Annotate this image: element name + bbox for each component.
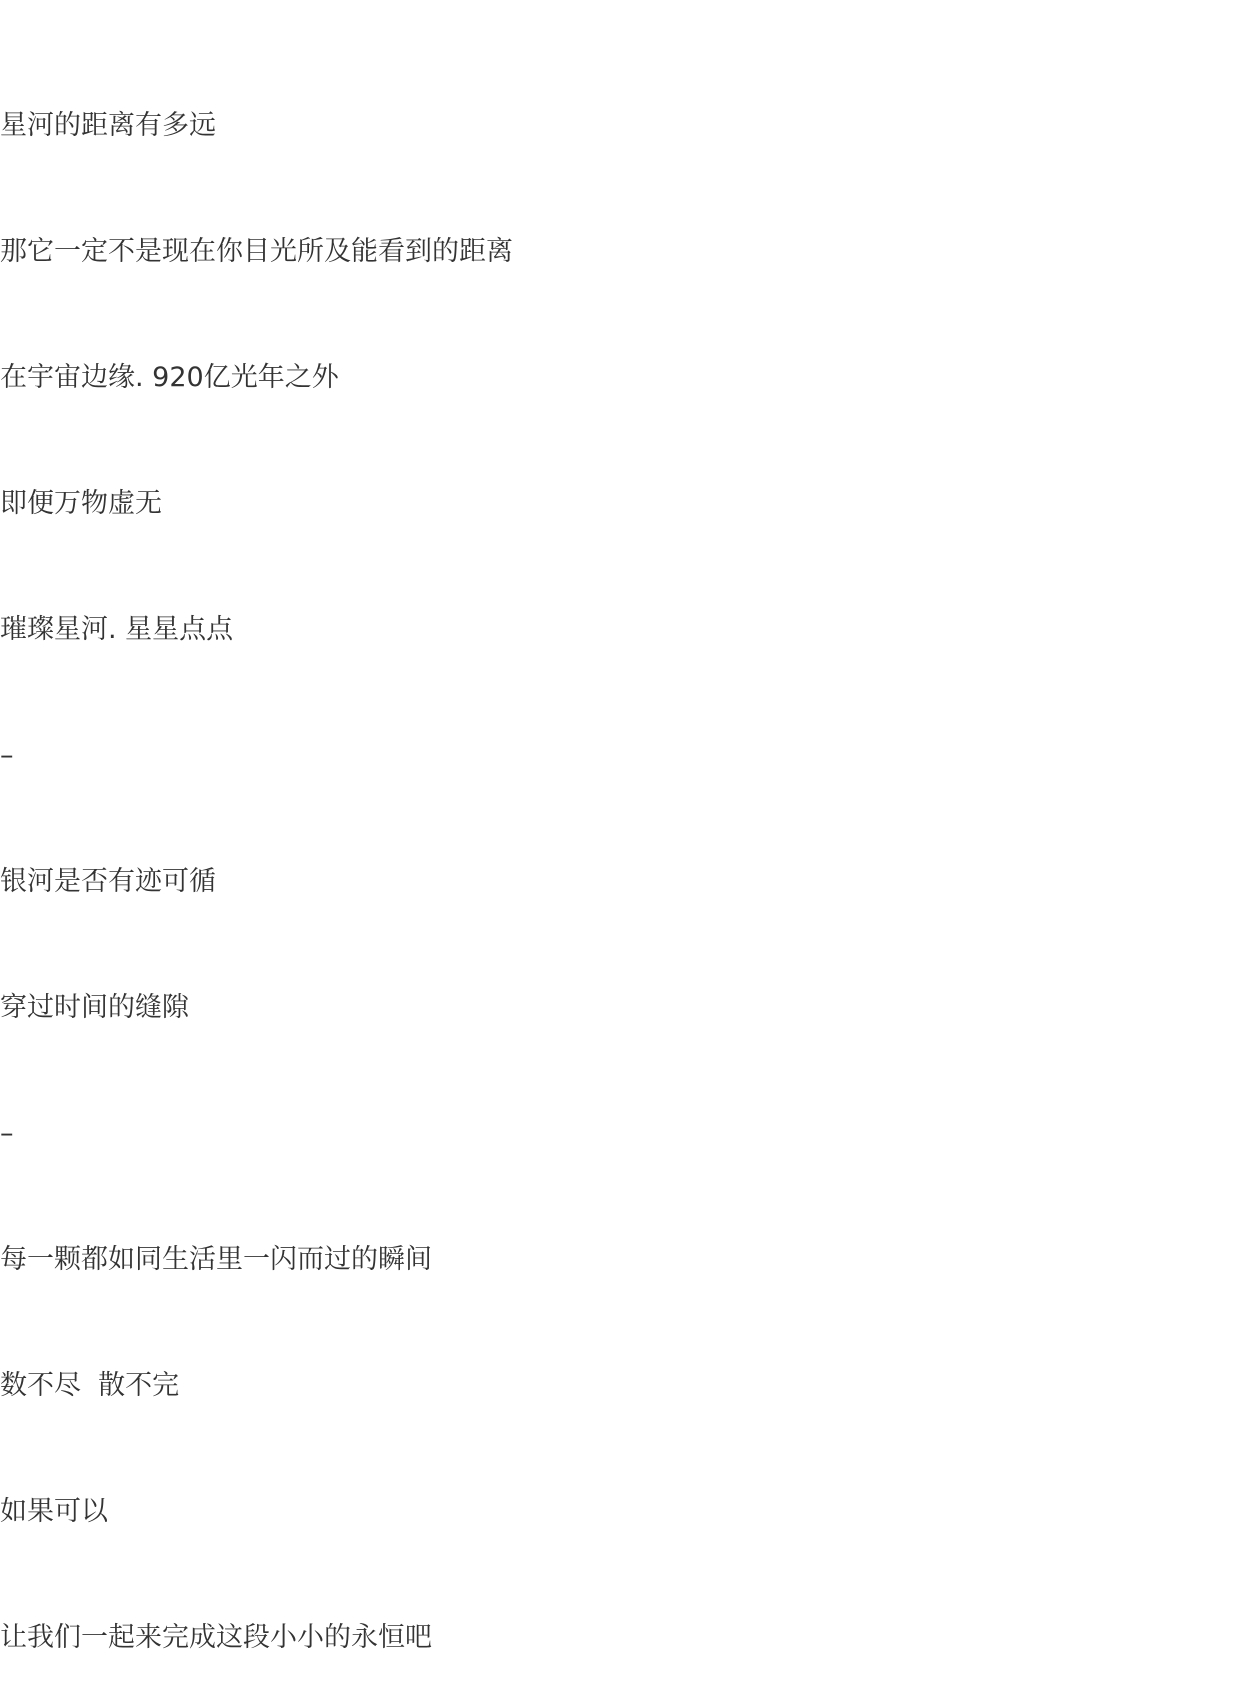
poem-line: 在宇宙边缘. 920亿光年之外 xyxy=(0,357,513,399)
poem-line: 银河是否有迹可循 xyxy=(0,861,513,898)
poem-line: 星河的距离有多远 xyxy=(0,105,513,147)
poem-line: 璀璨星河. 星星点点 xyxy=(0,609,513,651)
poem-text-block: 星河的距离有多远 那它一定不是现在你目光所及能看到的距离 在宇宙边缘. 920亿… xyxy=(0,21,513,898)
poem-divider: – xyxy=(0,735,513,777)
poem-line: 那它一定不是现在你目光所及能看到的距离 xyxy=(0,231,513,273)
poem-line: 即便万物虚无 xyxy=(0,483,513,525)
